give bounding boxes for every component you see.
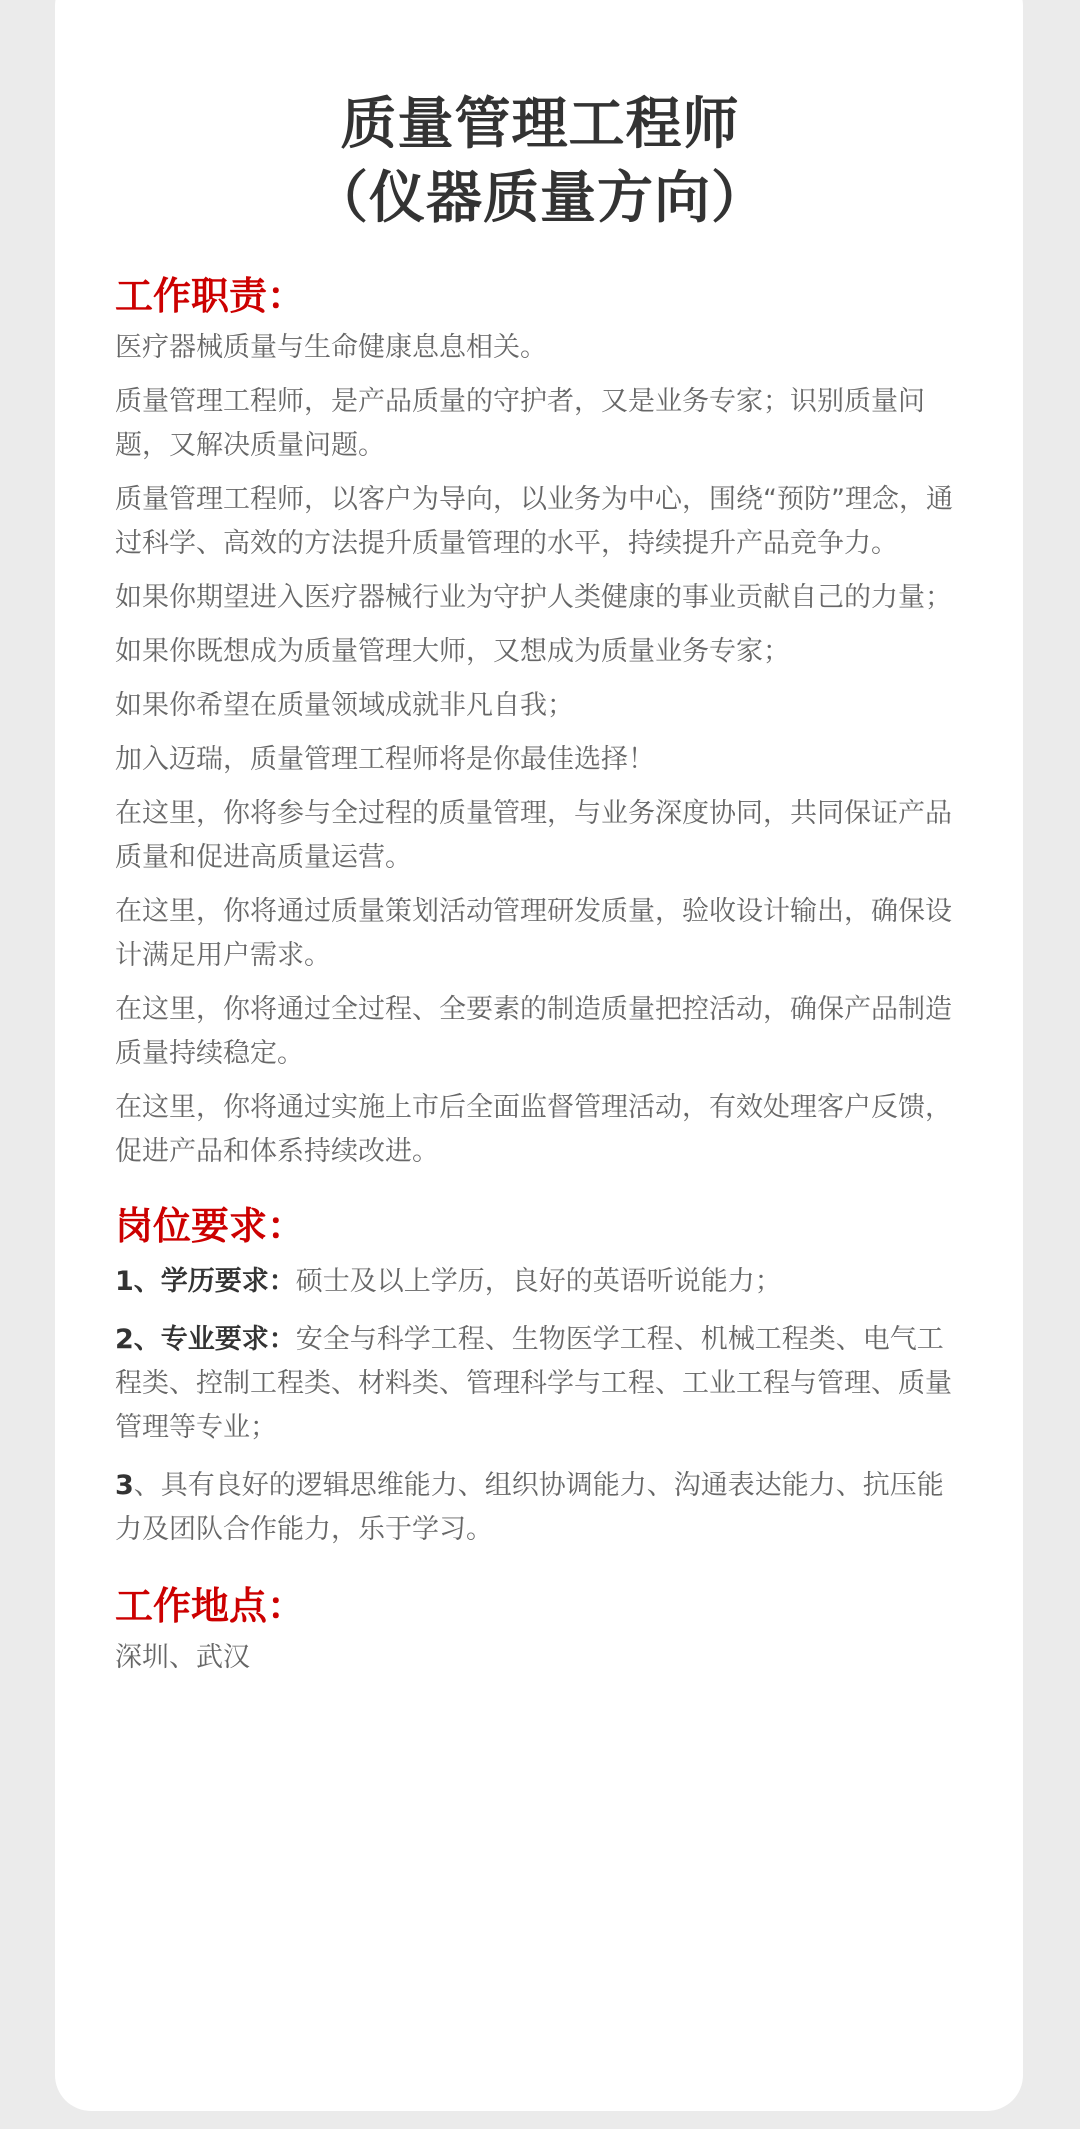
responsibility-paragraph: 在这里，你将通过全过程、全要素的制造质量把控活动，确保产品制造质量持续稳定。 <box>115 988 965 1076</box>
responsibility-paragraph: 如果你期望进入医疗器械行业为守护人类健康的事业贡献自己的力量； <box>115 576 965 620</box>
responsibility-paragraph: 质量管理工程师，以客户为导向，以业务为中心，围绕“预防”理念，通过科学、高效的方… <box>115 478 965 566</box>
job-title-line2: （仪器质量方向） <box>115 162 965 236</box>
location-heading: 工作地点： <box>115 1582 965 1630</box>
responsibility-paragraph: 在这里，你将通过实施上市后全面监督管理活动，有效处理客户反馈，促进产品和体系持续… <box>115 1086 965 1174</box>
requirement-label: 1、学历要求： <box>115 1266 296 1297</box>
requirements-section: 岗位要求： 1、学历要求：硕士及以上学历，良好的英语听说能力； 2、专业要求：安… <box>115 1202 965 1552</box>
requirements-heading: 岗位要求： <box>115 1202 965 1250</box>
requirement-item: 3、具有良好的逻辑思维能力、组织协调能力、沟通表达能力、抗压能力及团队合作能力，… <box>115 1464 965 1552</box>
location-text: 深圳、武汉 <box>115 1636 965 1680</box>
job-description-card: 质量管理工程师 （仪器质量方向） 工作职责： 医疗器械质量与生命健康息息相关。 … <box>55 0 1023 2111</box>
requirement-label: 3 <box>115 1470 134 1501</box>
responsibility-paragraph: 在这里，你将通过质量策划活动管理研发质量，验收设计输出，确保设计满足用户需求。 <box>115 890 965 978</box>
responsibility-paragraph: 如果你既想成为质量管理大师，又想成为质量业务专家； <box>115 630 965 674</box>
responsibility-paragraph: 加入迈瑞，质量管理工程师将是你最佳选择！ <box>115 738 965 782</box>
responsibilities-section: 工作职责： 医疗器械质量与生命健康息息相关。 质量管理工程师，是产品质量的守护者… <box>115 272 965 1174</box>
requirement-text: 硕士及以上学历，良好的英语听说能力； <box>296 1266 782 1297</box>
location-section: 工作地点： 深圳、武汉 <box>115 1582 965 1680</box>
job-title: 质量管理工程师 （仪器质量方向） <box>115 88 965 236</box>
requirement-item: 1、学历要求：硕士及以上学历，良好的英语听说能力； <box>115 1260 965 1304</box>
responsibility-paragraph: 质量管理工程师，是产品质量的守护者，又是业务专家；识别质量问题，又解决质量问题。 <box>115 380 965 468</box>
responsibility-paragraph: 在这里，你将参与全过程的质量管理，与业务深度协同，共同保证产品质量和促进高质量运… <box>115 792 965 880</box>
responsibility-paragraph: 如果你希望在质量领域成就非凡自我； <box>115 684 965 728</box>
responsibilities-heading: 工作职责： <box>115 272 965 320</box>
requirement-text: 、具有良好的逻辑思维能力、组织协调能力、沟通表达能力、抗压能力及团队合作能力，乐… <box>115 1470 944 1545</box>
requirement-label: 2、专业要求： <box>115 1324 296 1355</box>
job-title-line1: 质量管理工程师 <box>115 88 965 162</box>
responsibility-paragraph: 医疗器械质量与生命健康息息相关。 <box>115 326 965 370</box>
requirement-item: 2、专业要求：安全与科学工程、生物医学工程、机械工程类、电气工程类、控制工程类、… <box>115 1318 965 1450</box>
